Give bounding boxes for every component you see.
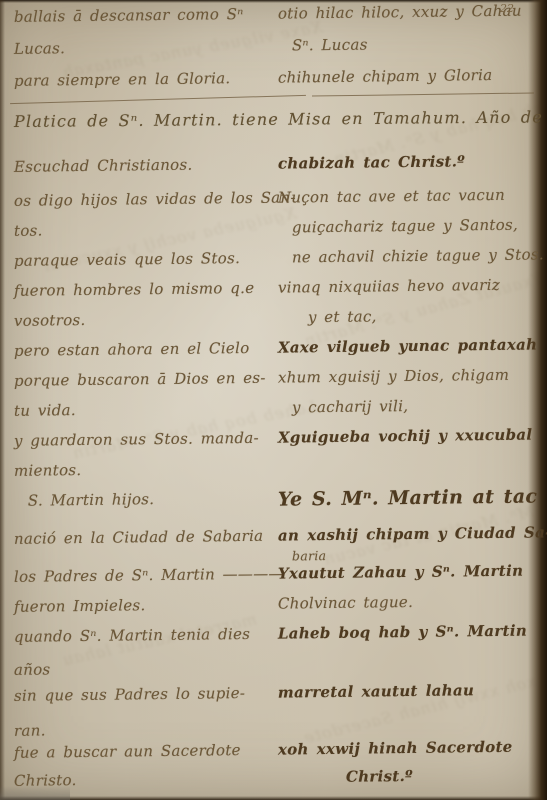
spanish-text: mientos. (14, 461, 82, 480)
indigenous-text: xhum xguisij y Dios, chigam (278, 366, 509, 387)
spanish-text: Lucas. (14, 39, 65, 58)
indigenous-text: xoh xxwij hinah Sacerdote (278, 738, 513, 759)
body-block: Escuchad Christianos.chabizah tac Christ… (0, 158, 547, 800)
indigenous-text: y cacharij vili, (292, 397, 409, 416)
indigenous-text: baria (292, 548, 327, 563)
folio-number: 22 (500, 2, 514, 15)
indigenous-text: chihunele chipam y Gloria (278, 66, 493, 87)
indigenous-text: Sⁿ. Lucas (292, 36, 368, 55)
spanish-text: vosotros. (14, 311, 86, 330)
spanish-text: Escuchad Christianos. (14, 156, 193, 176)
spanish-text: los Padres de Sⁿ. Martin ———— (14, 565, 284, 586)
manuscript-line: Christo.Christ.º (0, 765, 547, 800)
spanish-text: quando Sⁿ. Martin tenia dies (14, 625, 251, 646)
spanish-text: tos. (14, 221, 43, 239)
spanish-text: fueron Impieles. (14, 596, 146, 616)
manuscript-page: Xaxe vilgueb yunac pantaxahLaheb boq hab… (0, 0, 547, 800)
spanish-text: tu vida. (14, 401, 76, 420)
indigenous-text: Laheb boq hab y Sⁿ. Martin (278, 622, 527, 643)
indigenous-text: chabizah tac Christ.º (278, 152, 465, 172)
indigenous-text: y et tac, (308, 307, 377, 326)
indigenous-text: Cholvinac tague. (278, 593, 413, 613)
indigenous-text: Christ.º (346, 767, 413, 786)
indigenous-text: marretal xautut lahau (278, 681, 475, 701)
spanish-text: años (14, 660, 51, 678)
indigenous-text: guiçachariz tague y Santos, (292, 216, 518, 237)
spanish-text: paraque veais que los Stos. (14, 249, 240, 270)
spanish-text: pero estan ahora en el Cielo (14, 339, 250, 360)
indigenous-text: vinaq nixquiias hevo avariz (278, 276, 500, 297)
indigenous-text: Yxautut Zahau y Sⁿ. Martin (278, 562, 524, 583)
opening-block: ballais ā descansar como Sⁿotio hilac hi… (0, 8, 547, 104)
spanish-text: para siempre en la Gloria. (14, 69, 231, 90)
spanish-text: sin que sus Padres lo supie- (14, 684, 246, 705)
indigenous-text: Nuçon tac ave et tac vacun (278, 186, 505, 207)
spanish-text: os digo hijos las vidas de los San- (14, 188, 296, 209)
spanish-text: S. Martin hijos. (28, 490, 155, 510)
spanish-text: ran. (14, 721, 46, 739)
spanish-text: ballais ā descansar como Sⁿ (14, 5, 244, 26)
indigenous-text: Ye S. Mⁿ. Martin at tac vacun (278, 485, 547, 511)
indigenous-text: Xaxe vilgueb yunac pantaxah (278, 335, 538, 356)
indigenous-text: ne achavil chizie tague y Stos. (292, 245, 544, 266)
indigenous-text: Xguigueba vochij y xxucubal (278, 425, 533, 446)
indigenous-text: an xashij chipam y Ciudad Sa- (278, 523, 547, 544)
manuscript-line: para siempre en la Gloria.chihunele chip… (0, 65, 547, 104)
spanish-text: fueron hombres lo mismo q.e (14, 279, 255, 300)
spanish-text: nació en la Ciudad de Sabaria (14, 527, 264, 548)
manuscript-line: S. Martin hijos.Ye S. Mⁿ. Martin at tac … (0, 485, 547, 530)
indigenous-text: otio hilac hiloc, xxuz y Cahau (278, 2, 522, 23)
spanish-text: porque buscaron ā Dios en es- (14, 369, 266, 390)
spanish-text: y guardaron sus Stos. manda- (14, 429, 259, 450)
spanish-text: Christo. (14, 771, 77, 790)
spanish-text: fue a buscar aun Sacerdote (14, 741, 241, 762)
